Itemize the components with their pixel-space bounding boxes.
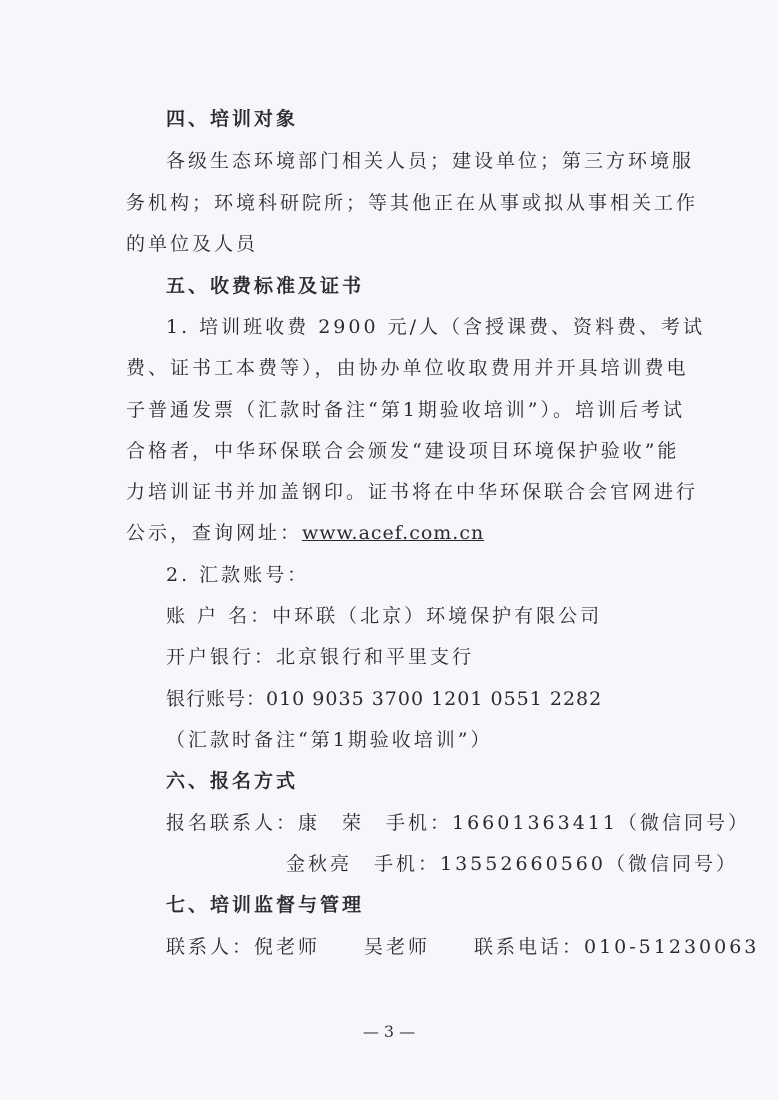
section4-line-3: 的单位及人员 [126,231,258,257]
document-page: 四、培训对象 各级生态环境部门相关人员；建设单位；第三方环境服 务机构；环境科研… [0,0,778,1100]
section5-item2-title: 2. 汇款账号： [166,562,309,588]
section6-heading: 六、报名方式 [166,768,298,794]
section5-item1-line-5: 力培训证书并加盖钢印。证书将在中华环保联合会官网进行 [126,479,698,505]
section4-heading: 四、培训对象 [166,106,298,132]
website-prefix: 公示，查询网址： [126,522,302,544]
supervision-contact: 联系人：倪老师 吴老师 联系电话：010-51230063 [166,934,759,960]
section4-line-2: 务机构；环境科研院所；等其他正在从事或拟从事相关工作 [126,190,698,216]
registration-contact-2: 金秋亮 手机：13552660560（微信同号） [286,851,738,877]
bank-name: 开户银行：北京银行和平里支行 [166,644,474,670]
section5-item1-line-3: 子普通发票（汇款时备注“第1期验收培训”）。培训后考试 [126,397,685,423]
section5-item1-line-1: 1. 培训班收费 2900 元/人（含授课费、资料费、考试 [166,314,705,340]
website-link[interactable]: www.acef.com.cn [302,522,484,544]
registration-contact-1: 报名联系人：康 荣 手机：16601363411（微信同号） [166,810,750,836]
section5-heading: 五、收费标准及证书 [166,273,364,299]
section5-item1-line-2: 费、证书工本费等），由协办单位收取费用并开具培训费电 [126,355,689,381]
section4-line-1: 各级生态环境部门相关人员；建设单位；第三方环境服 [166,148,694,174]
remittance-remark: （汇款时备注“第1期验收培训”） [166,727,493,753]
account-number: 银行账号：010 9035 3700 1201 0551 2282 [166,686,602,712]
section5-item1-line-6: 公示，查询网址：www.acef.com.cn [126,520,484,546]
section5-item1-line-4: 合格者，中华环保联合会颁发“建设项目环境保护验收”能 [126,438,679,464]
account-name: 账 户 名：中环联（北京）环境保护有限公司 [166,603,602,629]
page-number: — 3 — [0,1022,778,1041]
section7-heading: 七、培训监督与管理 [166,892,364,918]
